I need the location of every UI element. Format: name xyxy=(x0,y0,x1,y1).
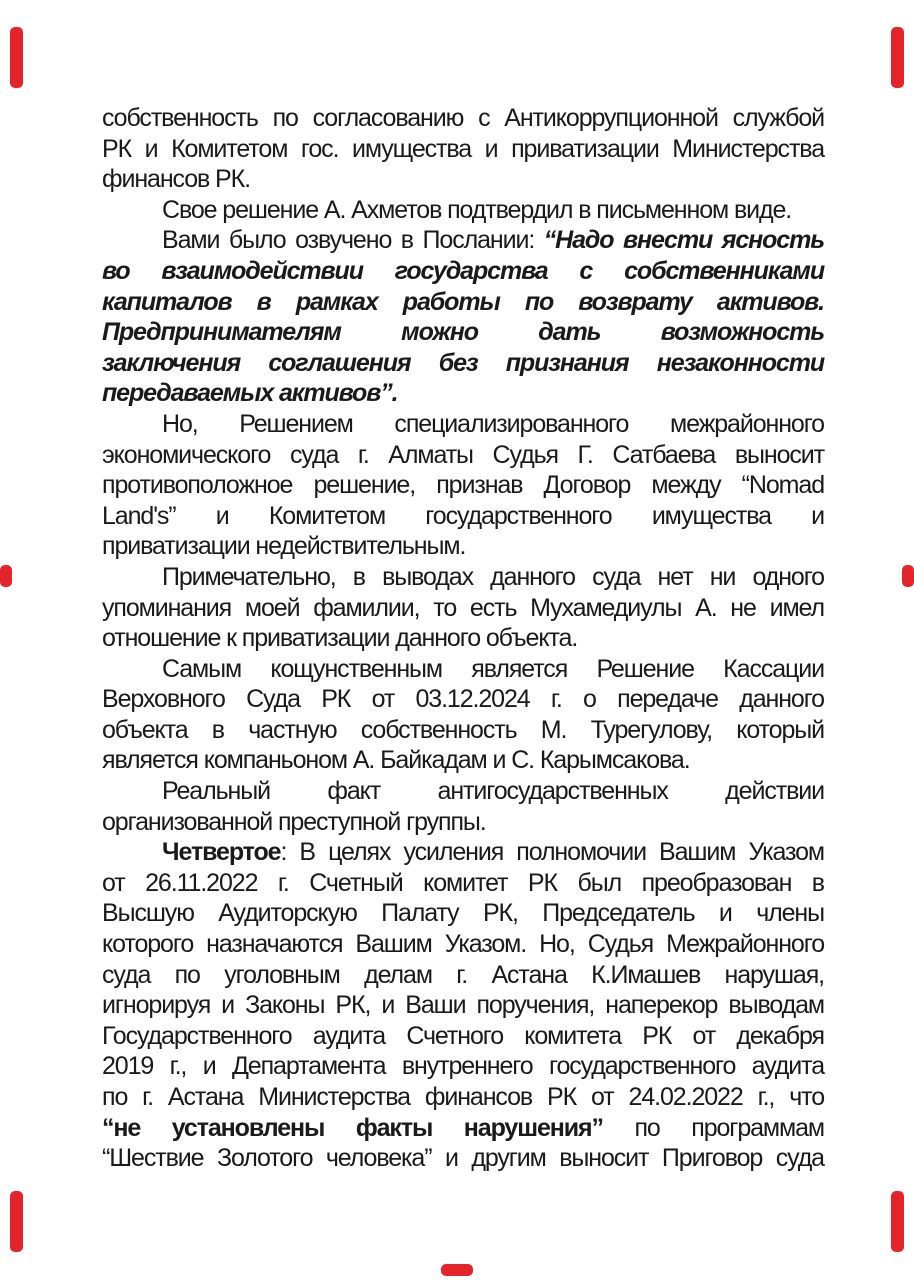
body-text: Свое решение А. Ахметов подтвердил в пис… xyxy=(162,196,791,224)
address-quote-text: передаваемых активов”. xyxy=(102,379,397,407)
body-text: Примечательно, в выводах данного суда не… xyxy=(162,563,824,591)
body-text: объекта в частную собственность М. Турег… xyxy=(102,716,824,744)
body-text: по г. Астана Министерства финансов РК от… xyxy=(102,1083,824,1111)
body-text: Высшую Аудиторскую Палату РК, Председате… xyxy=(102,899,824,927)
red-mark-bottom-left xyxy=(10,1191,23,1252)
body-text: РК и Комитетом гос. имущества и приватиз… xyxy=(102,135,824,163)
text-line: Вами было озвучено в Послании: “Надо вне… xyxy=(102,225,824,256)
body-text: упоминания моей фамилии, то есть Мухамед… xyxy=(102,594,824,622)
text-line: Государственного аудита Счетного комитет… xyxy=(102,1021,824,1052)
red-mark-top-left xyxy=(10,27,23,88)
text-line: организованной преступной группы. xyxy=(102,807,824,838)
text-line: приватизации недействительным. xyxy=(102,531,824,562)
red-mark-top-right xyxy=(891,27,904,88)
text-line: Примечательно, в выводах данного суда не… xyxy=(102,562,824,593)
text-line: 2019 г., и Департамента внутреннего госу… xyxy=(102,1051,824,1082)
body-text: игнорируя и Законы РК, и Ваши поручения,… xyxy=(102,991,824,1019)
text-line: РК и Комитетом гос. имущества и приватиз… xyxy=(102,134,824,165)
text-line: “Шествие Золотого человека” и другим вын… xyxy=(102,1143,824,1174)
text-line: Но, Решением специализированного межрайо… xyxy=(102,409,824,440)
body-text: приватизации недействительным. xyxy=(102,532,465,560)
body-text: Самым кощунственным является Решение Кас… xyxy=(162,655,824,683)
text-line: Четвертое: В целях усиления полномочии В… xyxy=(102,837,824,868)
text-line: является компаньоном А. Байкадам и С. Ка… xyxy=(102,745,824,776)
text-line: отношение к приватизации данного объекта… xyxy=(102,623,824,654)
body-text: от 26.11.2022 г. Счетный комитет РК был … xyxy=(102,869,824,897)
body-text: которого назначаются Вашим Указом. Но, С… xyxy=(102,930,824,958)
text-line: суда по уголовным делам г. Астана К.Имаш… xyxy=(102,960,824,991)
text-line: Свое решение А. Ахметов подтвердил в пис… xyxy=(102,195,824,226)
text-line: заключения соглашения без признания неза… xyxy=(102,348,824,379)
text-line: игнорируя и Законы РК, и Ваши поручения,… xyxy=(102,990,824,1021)
text-line: Верховного Суда РК от 03.12.2024 г. о пе… xyxy=(102,684,824,715)
text-line: передаваемых активов”. xyxy=(102,378,824,409)
text-line: во взаимодействии государства с собствен… xyxy=(102,256,824,287)
body-text: по программам xyxy=(603,1114,824,1142)
text-line: Самым кощунственным является Решение Кас… xyxy=(102,654,824,685)
red-mark-bottom-right xyxy=(891,1191,904,1252)
text-line: упоминания моей фамилии, то есть Мухамед… xyxy=(102,593,824,624)
text-line: капиталов в рамках работы по возврату ак… xyxy=(102,287,824,318)
body-text: является компаньоном А. Байкадам и С. Ка… xyxy=(102,746,690,774)
text-line: от 26.11.2022 г. Счетный комитет РК был … xyxy=(102,868,824,899)
text-line: Land's” и Комитетом государственного иму… xyxy=(102,501,824,532)
body-text: суда по уголовным делам г. Астана К.Имаш… xyxy=(102,961,824,989)
text-line: объекта в частную собственность М. Турег… xyxy=(102,715,824,746)
body-text: организованной преступной группы. xyxy=(102,808,486,836)
address-quote-text: во взаимодействии государства с собствен… xyxy=(102,257,824,285)
page: собственность по согласованию с Антикорр… xyxy=(0,0,914,1280)
text-line: финансов РК. xyxy=(102,164,824,195)
body-text: финансов РК. xyxy=(102,165,250,193)
red-mark-bottom-center xyxy=(441,1264,473,1276)
text-line: экономического суда г. Алматы Судья Г. С… xyxy=(102,440,824,471)
text-line: Реальный факт антигосударственных действ… xyxy=(102,776,824,807)
body-text: экономического суда г. Алматы Судья Г. С… xyxy=(102,441,824,469)
body-text: Но, Решением специализированного межрайо… xyxy=(162,410,824,438)
body-text: противоположное решение, признав Договор… xyxy=(102,471,824,499)
text-line: Предпринимателям можно дать возможность xyxy=(102,317,824,348)
body-text: Реальный факт антигосударственных действ… xyxy=(162,777,824,805)
text-line: противоположное решение, признав Договор… xyxy=(102,470,824,501)
body-text: отношение к приватизации данного объекта… xyxy=(102,624,577,652)
body-text: Вами было озвучено в Послании: xyxy=(162,226,544,254)
red-mark-mid-right xyxy=(902,565,914,587)
address-quote-text: Предпринимателям можно дать возможность xyxy=(102,318,824,346)
address-quote-text: капиталов в рамках работы по возврату ак… xyxy=(102,288,824,316)
text-line: собственность по согласованию с Антикорр… xyxy=(102,103,824,134)
body-text: 2019 г., и Департамента внутреннего госу… xyxy=(102,1052,824,1080)
body-text: “Шествие Золотого человека” и другим вын… xyxy=(102,1144,824,1172)
document-text-block: собственность по согласованию с Антикорр… xyxy=(102,103,824,1174)
red-mark-mid-left xyxy=(0,565,12,587)
body-text: Государственного аудита Счетного комитет… xyxy=(102,1022,824,1050)
body-text: собственность по согласованию с Антикорр… xyxy=(102,104,824,132)
text-line: “не установлены факты нарушения” по прог… xyxy=(102,1113,824,1144)
address-quote-text: “Надо внести ясность xyxy=(544,226,824,254)
body-text: Верховного Суда РК от 03.12.2024 г. о пе… xyxy=(102,685,824,713)
text-line: Высшую Аудиторскую Палату РК, Председате… xyxy=(102,898,824,929)
body-text: : В целях усиления полномочии Вашим Указ… xyxy=(280,838,824,866)
text-line: которого назначаются Вашим Указом. Но, С… xyxy=(102,929,824,960)
emphasis-text: Четвертое xyxy=(162,838,280,866)
text-line: по г. Астана Министерства финансов РК от… xyxy=(102,1082,824,1113)
emphasis-text: “не установлены факты нарушения” xyxy=(102,1114,603,1142)
address-quote-text: заключения соглашения без признания неза… xyxy=(102,349,824,377)
body-text: Land's” и Комитетом государственного иму… xyxy=(102,502,824,530)
